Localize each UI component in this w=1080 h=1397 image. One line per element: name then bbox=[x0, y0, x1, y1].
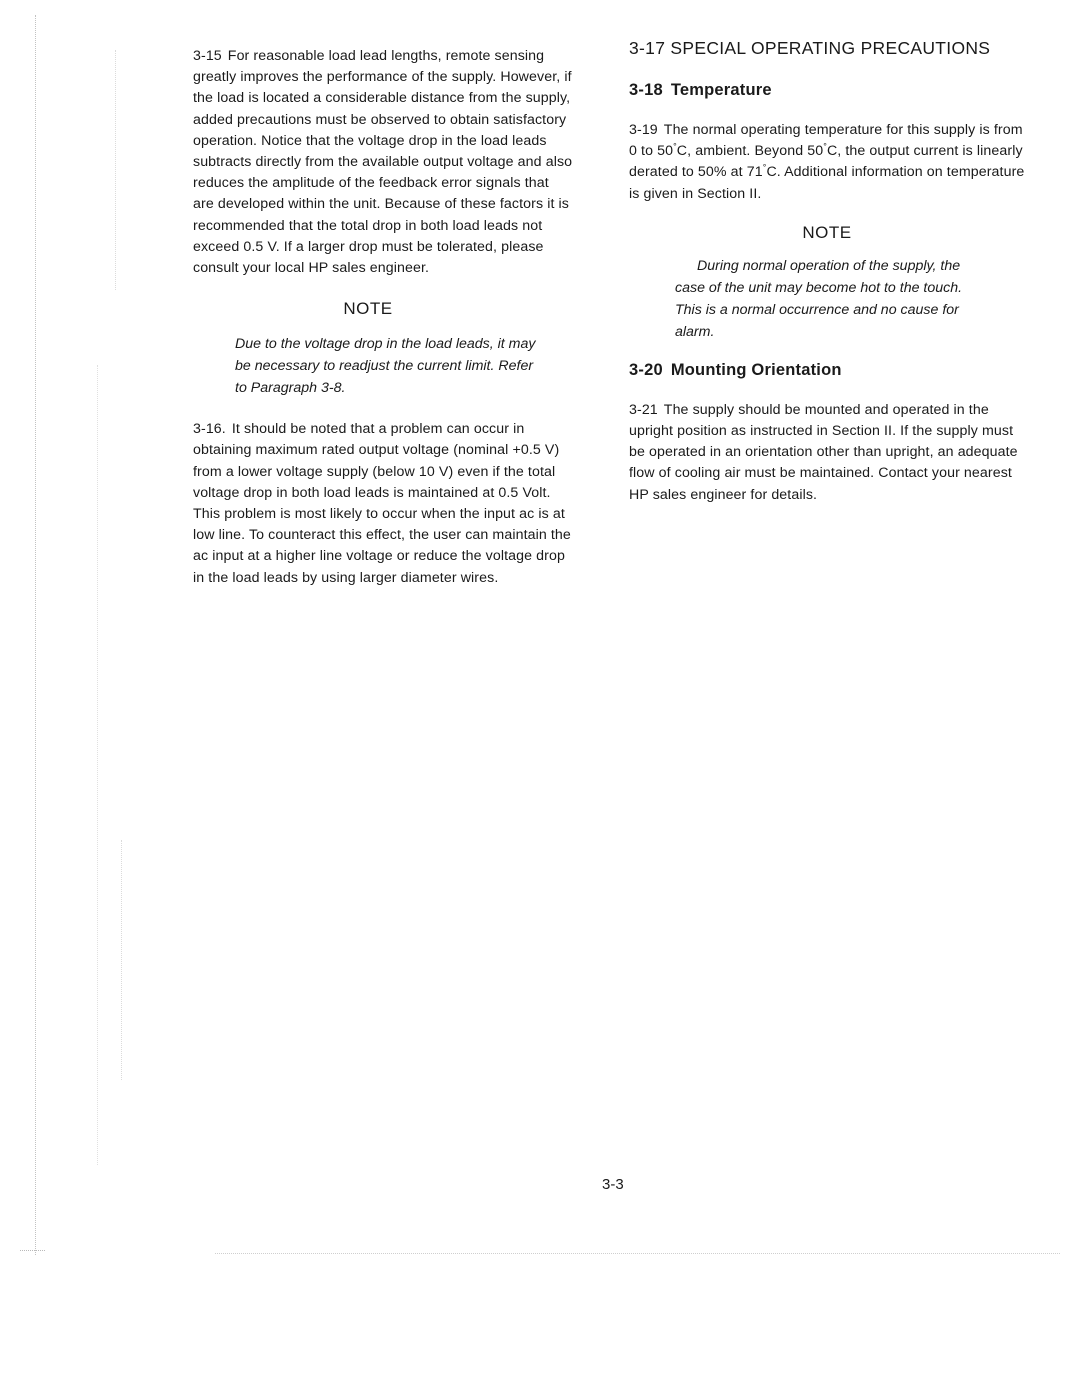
scan-artifact-margin-mark bbox=[121, 840, 122, 1080]
heading-3-18: 3-18Temperature bbox=[629, 81, 1029, 100]
heading-number: 3-18 bbox=[629, 81, 663, 99]
document-page: 3-15For reasonable load lead lengths, re… bbox=[0, 0, 1080, 1397]
paragraph-text: The supply should be mounted and operate… bbox=[629, 402, 1018, 503]
paragraph-text: C, ambient. Beyond 50 bbox=[677, 143, 823, 159]
heading-title: Temperature bbox=[671, 81, 772, 99]
scan-artifact-corner bbox=[20, 1250, 45, 1251]
note-title: NOTE bbox=[625, 223, 1029, 243]
section-heading-3-17: 3-17 SPECIAL OPERATING PRECAUTIONS bbox=[629, 38, 1029, 59]
note-text: Due to the voltage drop in the load lead… bbox=[235, 333, 545, 399]
heading-title: Mounting Orientation bbox=[671, 361, 842, 379]
paragraph-3-16: 3-16.It should be noted that a problem c… bbox=[193, 419, 573, 589]
scan-artifact-margin-mark bbox=[97, 365, 98, 1165]
paragraph-text: For reasonable load lead lengths, remote… bbox=[193, 48, 572, 276]
section-title: SPECIAL OPERATING PRECAUTIONS bbox=[670, 38, 990, 58]
paragraph-number: 3-15 bbox=[193, 48, 222, 64]
heading-3-20: 3-20Mounting Orientation bbox=[629, 361, 1029, 380]
paragraph-number: 3-16. bbox=[193, 421, 226, 437]
paragraph-3-15: 3-15For reasonable load lead lengths, re… bbox=[193, 46, 573, 279]
left-column: 3-15For reasonable load lead lengths, re… bbox=[193, 46, 573, 589]
paragraph-number: 3-19 bbox=[629, 122, 658, 138]
paragraph-text: It should be noted that a problem can oc… bbox=[193, 421, 571, 585]
paragraph-number: 3-21 bbox=[629, 402, 658, 418]
note-title: NOTE bbox=[163, 299, 573, 319]
paragraph-3-19: 3-19The normal operating temperature for… bbox=[629, 120, 1029, 205]
scan-artifact-bottom-edge bbox=[215, 1253, 1060, 1254]
note-text: During normal operation of the supply, t… bbox=[675, 255, 980, 343]
scan-artifact-margin-mark bbox=[115, 50, 116, 290]
page-number: 3-3 bbox=[602, 1176, 624, 1193]
note-block: NOTE During normal operation of the supp… bbox=[629, 223, 1029, 343]
section-number: 3-17 bbox=[629, 38, 665, 58]
paragraph-3-21: 3-21The supply should be mounted and ope… bbox=[629, 400, 1021, 506]
scan-artifact-left-edge bbox=[35, 15, 36, 1255]
right-column: 3-17 SPECIAL OPERATING PRECAUTIONS 3-18T… bbox=[629, 38, 1029, 506]
heading-number: 3-20 bbox=[629, 361, 663, 379]
note-block: NOTE Due to the voltage drop in the load… bbox=[193, 299, 573, 399]
